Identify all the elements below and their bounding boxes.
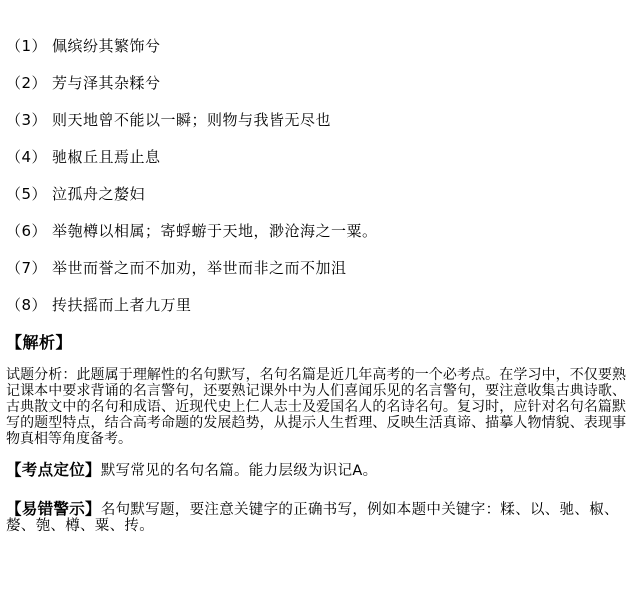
exam-point-body: 默写常见的名句名篇。能力层级为识记A。 (101, 463, 378, 479)
blank-item-4: （4）驰椒丘且焉止息 (6, 149, 626, 165)
item-text: 驰椒丘且焉止息 (52, 148, 161, 166)
item-number: （6） (6, 222, 47, 240)
item-number: （2） (6, 74, 47, 92)
blank-item-6: （6）举匏樽以相属；寄蜉蝣于天地，渺沧海之一粟。 (6, 223, 626, 239)
item-number: （7） (6, 259, 47, 277)
exam-point-heading: 【考点定位】 (6, 461, 101, 479)
blank-item-5: （5）泣孤舟之嫠妇 (6, 186, 626, 202)
document-page: （1）佩缤纷其繁饰兮 （2）芳与泽其杂糅兮 （3）则天地曾不能以一瞬；则物与我皆… (0, 0, 630, 592)
item-text: 抟扶摇而上者九万里 (52, 296, 192, 314)
item-number: （3） (6, 111, 47, 129)
blank-item-1: （1）佩缤纷其繁饰兮 (6, 38, 626, 54)
item-number: （4） (6, 148, 47, 166)
blank-item-7: （7）举世而誉之而不加劝，举世而非之而不加沮 (6, 260, 626, 276)
blank-item-8: （8）抟扶摇而上者九万里 (6, 297, 626, 313)
item-text: 佩缤纷其繁饰兮 (52, 37, 161, 55)
item-text: 芳与泽其杂糅兮 (52, 74, 161, 92)
item-text: 则天地曾不能以一瞬；则物与我皆无尽也 (52, 111, 331, 129)
item-text: 泣孤舟之嫠妇 (52, 185, 145, 203)
item-number: （8） (6, 296, 47, 314)
blank-item-3: （3）则天地曾不能以一瞬；则物与我皆无尽也 (6, 112, 626, 128)
exam-point-line: 【考点定位】默写常见的名句名篇。能力层级为识记A。 (6, 462, 626, 479)
item-text: 举世而誉之而不加劝，举世而非之而不加沮 (52, 259, 347, 277)
warning-line: 【易错警示】名句默写题，要注意关键字的正确书写，例如本题中关键字：糅、以、驰、椒… (6, 501, 626, 534)
warning-heading: 【易错警示】 (6, 500, 101, 518)
item-text: 举匏樽以相属；寄蜉蝣于天地，渺沧海之一粟。 (52, 222, 378, 240)
blank-item-2: （2）芳与泽其杂糅兮 (6, 75, 626, 91)
item-number: （1） (6, 37, 47, 55)
analysis-heading: 【解析】 (6, 334, 626, 351)
analysis-body: 试题分析：此题属于理解性的名句默写，名句名篇是近几年高考的一个必考点。在学习中，… (6, 367, 626, 447)
item-number: （5） (6, 185, 47, 203)
